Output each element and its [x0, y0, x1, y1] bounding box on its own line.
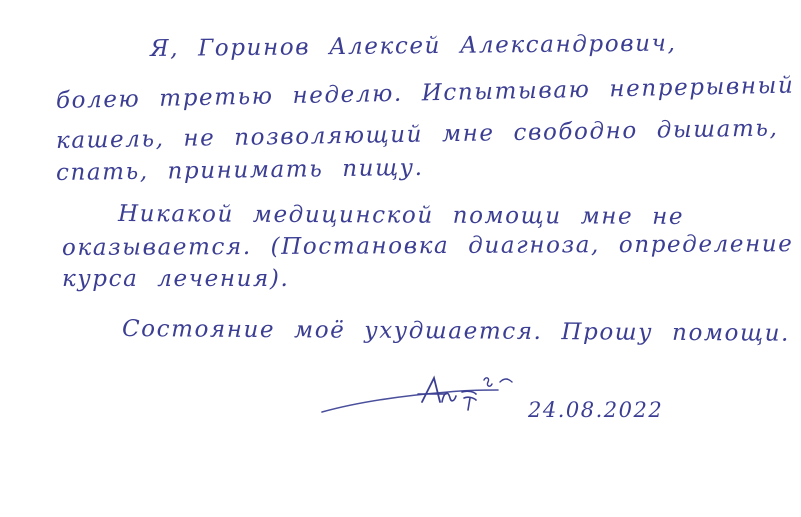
letter-line: кашель, не позволяющий мне свободно дыша… [56, 115, 779, 154]
letter-date: 24.08.2022 [528, 398, 663, 422]
letter-line: курса лечения). [62, 266, 289, 292]
handwritten-letter: Я, Горинов Алексей Александрович, болею … [0, 0, 801, 517]
letter-line: Я, Горинов Алексей Александрович, [150, 30, 677, 62]
letter-line: Состояние моё ухудшается. Прошу помощи. [122, 316, 790, 347]
signature-mark [318, 368, 538, 418]
letter-line: спать, принимать пищу. [56, 155, 424, 186]
letter-line: оказывается. (Постановка диагноза, опред… [62, 231, 794, 261]
letter-line: Никакой медицинской помощи мне не [118, 201, 684, 230]
letter-line: болею третью неделю. Испытываю непрерывн… [56, 73, 795, 114]
